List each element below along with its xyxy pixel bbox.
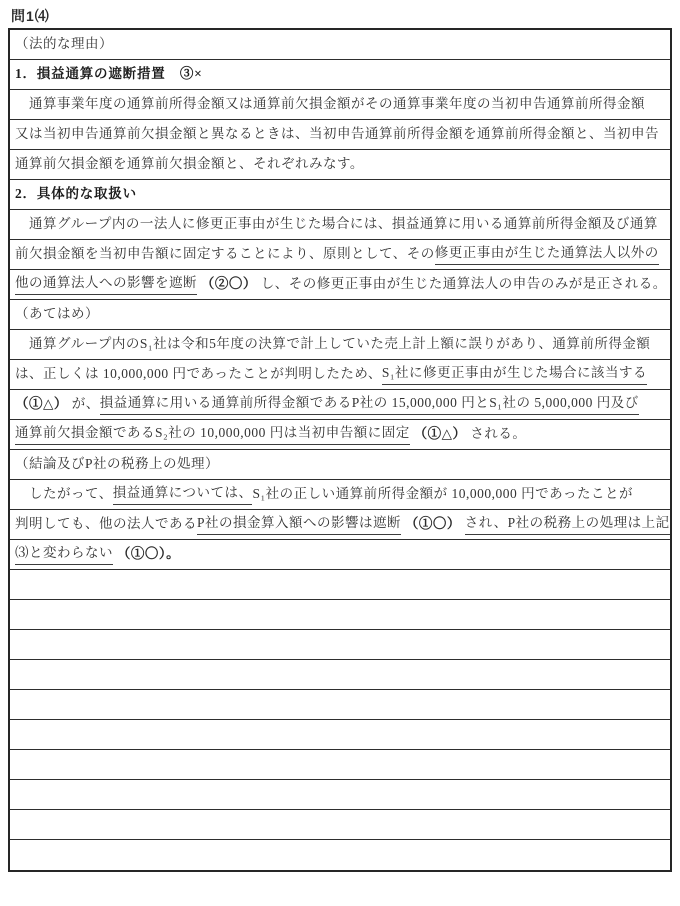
underlined-text: 通算前欠損金額であるS₂社の 10,000,000 円は当初申告額に固定	[15, 424, 410, 444]
table-row: したがって、損益通算については、S₁社の正しい通算前所得金額が 10,000,0…	[10, 480, 670, 510]
row-text: 通算グループ内の一法人に修更正事由が生じた場合には、損益通算に用いる通算前所得金…	[15, 215, 658, 233]
table-row: （①△） が、損益通算に用いる通算前所得金額であるP社の 15,000,000 …	[10, 390, 670, 420]
row-text: 通算グループ内のS₁社は令和5年度の決算で計上していた売上計上額に誤りがあり、通…	[15, 335, 650, 353]
empty-row	[10, 600, 670, 630]
row-text: し、その修更正事由が生じた通算法人の申告のみが是正される。	[261, 275, 667, 293]
row-text: （結論及びP社の税務上の処理）	[15, 455, 219, 473]
grading-mark: （②〇）	[197, 275, 261, 293]
table-row: 前欠損金額を当初申告額に固定することにより、原則として、その修更正事由が生じた通…	[10, 240, 670, 270]
empty-row	[10, 690, 670, 720]
empty-row	[10, 660, 670, 690]
row-text: 判明しても、他の法人である	[15, 515, 197, 533]
grading-mark: （①〇）。	[113, 545, 180, 563]
page-title: 問1⑷	[11, 6, 50, 26]
table-row: 通算前欠損金額であるS₂社の 10,000,000 円は当初申告額に固定 （①△…	[10, 420, 670, 450]
underlined-text: され、P社の税務上の処理は上記	[465, 514, 670, 534]
underlined-text: 損益通算に用いる通算前所得金額であるP社の 15,000,000 円とS₁社の …	[100, 394, 639, 414]
underlined-text: S₁社に修更正事由が生じた場合に該当する	[382, 364, 647, 384]
table-row: は、正しくは 10,000,000 円であったことが判明したため、S₁社に修更正…	[10, 360, 670, 390]
table-row: 通算グループ内のS₁社は令和5年度の決算で計上していた売上計上額に誤りがあり、通…	[10, 330, 670, 360]
row-text: （法的な理由）	[15, 35, 113, 53]
row-text: 通算事業年度の通算前所得金額又は通算前欠損金額がその通算事業年度の当初申告通算前…	[15, 95, 645, 113]
empty-row	[10, 840, 670, 870]
row-text: が、	[72, 395, 100, 413]
empty-row	[10, 720, 670, 750]
document-page: { "page": { "title": "問1⑷", "background"…	[0, 0, 680, 906]
row-text: したがって、	[15, 485, 113, 503]
table-row: 又は当初申告通算前欠損金額と異なるときは、当初申告通算前所得金額を通算前所得金額…	[10, 120, 670, 150]
row-text: 2．具体的な取扱い	[15, 185, 137, 203]
empty-row	[10, 570, 670, 600]
row-text: （あてはめ）	[15, 305, 99, 323]
grading-mark: （①〇）	[401, 515, 465, 533]
answer-table: （法的な理由）1．損益通算の遮断措置 ③× 通算事業年度の通算前所得金額又は通算…	[8, 28, 672, 872]
row-text: される。	[470, 425, 526, 443]
row-text: 通算前欠損金額を通算前欠損金額と、それぞれみなす。	[15, 155, 364, 173]
empty-row	[10, 750, 670, 780]
table-row: 通算事業年度の通算前所得金額又は通算前欠損金額がその通算事業年度の当初申告通算前…	[10, 90, 670, 120]
table-row: 通算グループ内の一法人に修更正事由が生じた場合には、損益通算に用いる通算前所得金…	[10, 210, 670, 240]
empty-row	[10, 780, 670, 810]
underlined-text: 修更正事由が生じた通算法人以外の	[435, 244, 659, 264]
row-text: 1．損益通算の遮断措置 ③×	[15, 65, 203, 83]
underlined-text: 損益通算については、	[113, 484, 253, 504]
empty-row	[10, 630, 670, 660]
row-text: S₁社の正しい通算前所得金額が 10,000,000 円であったことが	[252, 485, 633, 503]
table-row: 他の通算法人への影響を遮断 （②〇） し、その修更正事由が生じた通算法人の申告の…	[10, 270, 670, 300]
underlined-text: ⑶と変わらない	[15, 544, 113, 564]
table-row: （あてはめ）	[10, 300, 670, 330]
underlined-text: 他の通算法人への影響を遮断	[15, 274, 197, 294]
underlined-text: P社の損金算入額への影響は遮断	[197, 514, 401, 534]
table-row: 判明しても、他の法人であるP社の損金算入額への影響は遮断 （①〇） され、P社の…	[10, 510, 670, 540]
row-text: は、正しくは 10,000,000 円であったことが判明したため、	[15, 365, 382, 383]
table-row: ⑶と変わらない （①〇）。	[10, 540, 670, 570]
empty-row	[10, 810, 670, 840]
grading-mark: （①△）	[15, 395, 72, 413]
table-row: 2．具体的な取扱い	[10, 180, 670, 210]
row-text: 前欠損金額を当初申告額に固定することにより、原則として、その	[15, 245, 435, 263]
grading-mark: （①△）	[410, 425, 471, 443]
table-row: （結論及びP社の税務上の処理）	[10, 450, 670, 480]
table-row: 1．損益通算の遮断措置 ③×	[10, 60, 670, 90]
table-row: 通算前欠損金額を通算前欠損金額と、それぞれみなす。	[10, 150, 670, 180]
table-row: （法的な理由）	[10, 30, 670, 60]
row-text: 又は当初申告通算前欠損金額と異なるときは、当初申告通算前所得金額を通算前所得金額…	[15, 125, 659, 143]
